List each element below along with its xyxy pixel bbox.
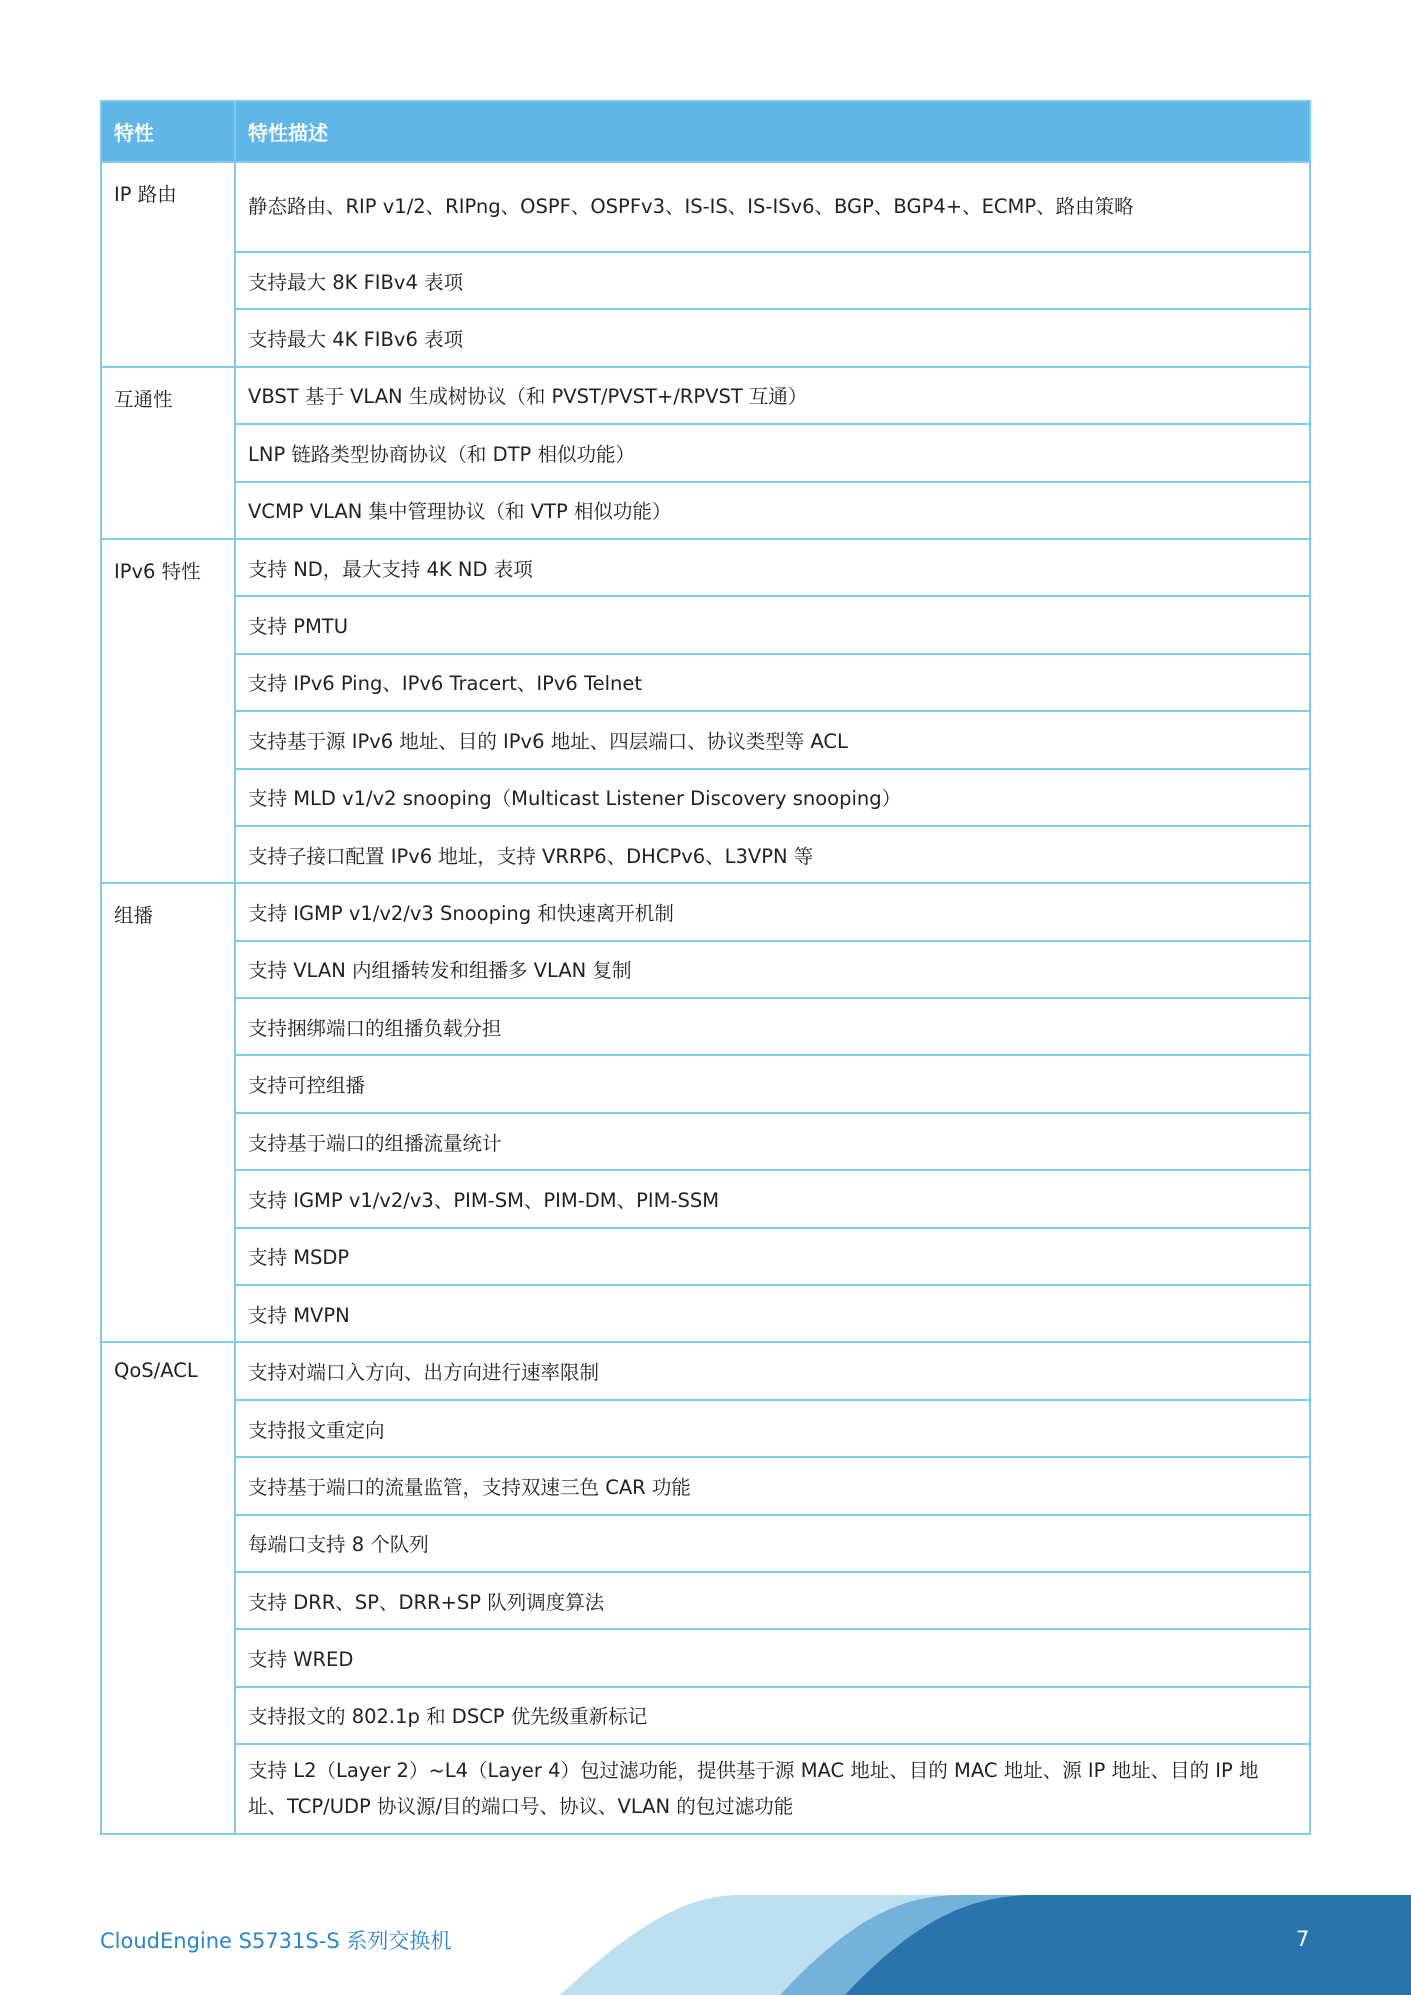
table-row: 支持可控组播 [101,1055,1310,1112]
feature-description-cell: 支持 ND，最大支持 4K ND 表项 [235,539,1310,596]
feature-table: 特性 特性描述 IP 路由静态路由、RIP v1/2、RIPng、OSPF、OS… [100,100,1311,1835]
feature-description-cell: 静态路由、RIP v1/2、RIPng、OSPF、OSPFv3、IS-IS、IS… [235,162,1310,252]
feature-description-cell: 支持最大 8K FIBv4 表项 [235,252,1310,309]
table-row: 每端口支持 8 个队列 [101,1515,1310,1572]
table-row: VCMP VLAN 集中管理协议（和 VTP 相似功能） [101,482,1310,539]
table-row: 支持报文的 802.1p 和 DSCP 优先级重新标记 [101,1687,1310,1744]
feature-name-cell: QoS/ACL [101,1342,235,1834]
table-row: 支持 MSDP [101,1228,1310,1285]
table-row: 支持 PMTU [101,596,1310,653]
feature-description-cell: 支持可控组播 [235,1055,1310,1112]
table-row: 支持 IGMP v1/v2/v3、PIM-SM、PIM-DM、PIM-SSM [101,1170,1310,1227]
table-row: IP 路由静态路由、RIP v1/2、RIPng、OSPF、OSPFv3、IS-… [101,162,1310,252]
table-row: 互通性VBST 基于 VLAN 生成树协议（和 PVST/PVST+/RPVST… [101,367,1310,424]
table-row: 支持 MLD v1/v2 snooping（Multicast Listener… [101,769,1310,826]
feature-description-cell: 支持 MVPN [235,1285,1310,1342]
table-body: IP 路由静态路由、RIP v1/2、RIPng、OSPF、OSPFv3、IS-… [101,162,1310,1834]
feature-description-cell: 支持 L2（Layer 2）~L4（Layer 4）包过滤功能，提供基于源 MA… [235,1744,1310,1834]
table-row: 支持 L2（Layer 2）~L4（Layer 4）包过滤功能，提供基于源 MA… [101,1744,1310,1834]
feature-description-cell: 支持 IGMP v1/v2/v3 Snooping 和快速离开机制 [235,883,1310,940]
feature-description-cell: VBST 基于 VLAN 生成树协议（和 PVST/PVST+/RPVST 互通… [235,367,1310,424]
table-row: IPv6 特性支持 ND，最大支持 4K ND 表项 [101,539,1310,596]
feature-description-cell: 支持 MSDP [235,1228,1310,1285]
table-row: 支持最大 4K FIBv6 表项 [101,309,1310,366]
table-row: 组播支持 IGMP v1/v2/v3 Snooping 和快速离开机制 [101,883,1310,940]
table-header-row: 特性 特性描述 [101,101,1310,162]
feature-name-cell: 组播 [101,883,235,1342]
feature-description-cell: LNP 链路类型协商协议（和 DTP 相似功能） [235,424,1310,481]
feature-description-cell: 每端口支持 8 个队列 [235,1515,1310,1572]
table-row: 支持子接口配置 IPv6 地址，支持 VRRP6、DHCPv6、L3VPN 等 [101,826,1310,883]
feature-description-cell: 支持基于端口的组播流量统计 [235,1113,1310,1170]
feature-description-cell: 支持 WRED [235,1629,1310,1686]
page-number: 7 [1296,1927,1309,1951]
table-row: 支持 VLAN 内组播转发和组播多 VLAN 复制 [101,941,1310,998]
table-row: 支持最大 8K FIBv4 表项 [101,252,1310,309]
table-row: 支持捆绑端口的组播负载分担 [101,998,1310,1055]
table-row: 支持 MVPN [101,1285,1310,1342]
feature-description-cell: 支持报文重定向 [235,1400,1310,1457]
feature-description-cell: VCMP VLAN 集中管理协议（和 VTP 相似功能） [235,482,1310,539]
feature-description-cell: 支持 IGMP v1/v2/v3、PIM-SM、PIM-DM、PIM-SSM [235,1170,1310,1227]
table-row: 支持基于端口的组播流量统计 [101,1113,1310,1170]
feature-description-cell: 支持最大 4K FIBv6 表项 [235,309,1310,366]
feature-name-cell: IPv6 特性 [101,539,235,883]
header-description: 特性描述 [235,101,1310,162]
table-row: LNP 链路类型协商协议（和 DTP 相似功能） [101,424,1310,481]
table-row: 支持 IPv6 Ping、IPv6 Tracert、IPv6 Telnet [101,654,1310,711]
table-row: 支持 DRR、SP、DRR+SP 队列调度算法 [101,1572,1310,1629]
table-row: 支持基于源 IPv6 地址、目的 IPv6 地址、四层端口、协议类型等 ACL [101,711,1310,768]
feature-description-cell: 支持子接口配置 IPv6 地址，支持 VRRP6、DHCPv6、L3VPN 等 [235,826,1310,883]
feature-name-cell: 互通性 [101,367,235,539]
table-row: 支持报文重定向 [101,1400,1310,1457]
footer-product-title: CloudEngine S5731S-S 系列交换机 [100,1925,451,1955]
feature-description-cell: 支持报文的 802.1p 和 DSCP 优先级重新标记 [235,1687,1310,1744]
feature-description-cell: 支持基于端口的流量监管，支持双速三色 CAR 功能 [235,1457,1310,1514]
table-row: 支持 WRED [101,1629,1310,1686]
feature-description-cell: 支持对端口入方向、出方向进行速率限制 [235,1342,1310,1399]
feature-description-cell: 支持 PMTU [235,596,1310,653]
feature-description-cell: 支持 DRR、SP、DRR+SP 队列调度算法 [235,1572,1310,1629]
feature-description-cell: 支持 VLAN 内组播转发和组播多 VLAN 复制 [235,941,1310,998]
feature-description-cell: 支持基于源 IPv6 地址、目的 IPv6 地址、四层端口、协议类型等 ACL [235,711,1310,768]
feature-description-cell: 支持捆绑端口的组播负载分担 [235,998,1310,1055]
table-row: 支持基于端口的流量监管，支持双速三色 CAR 功能 [101,1457,1310,1514]
feature-description-cell: 支持 IPv6 Ping、IPv6 Tracert、IPv6 Telnet [235,654,1310,711]
feature-description-cell: 支持 MLD v1/v2 snooping（Multicast Listener… [235,769,1310,826]
header-feature: 特性 [101,101,235,162]
table-row: QoS/ACL支持对端口入方向、出方向进行速率限制 [101,1342,1310,1399]
feature-name-cell: IP 路由 [101,162,235,367]
